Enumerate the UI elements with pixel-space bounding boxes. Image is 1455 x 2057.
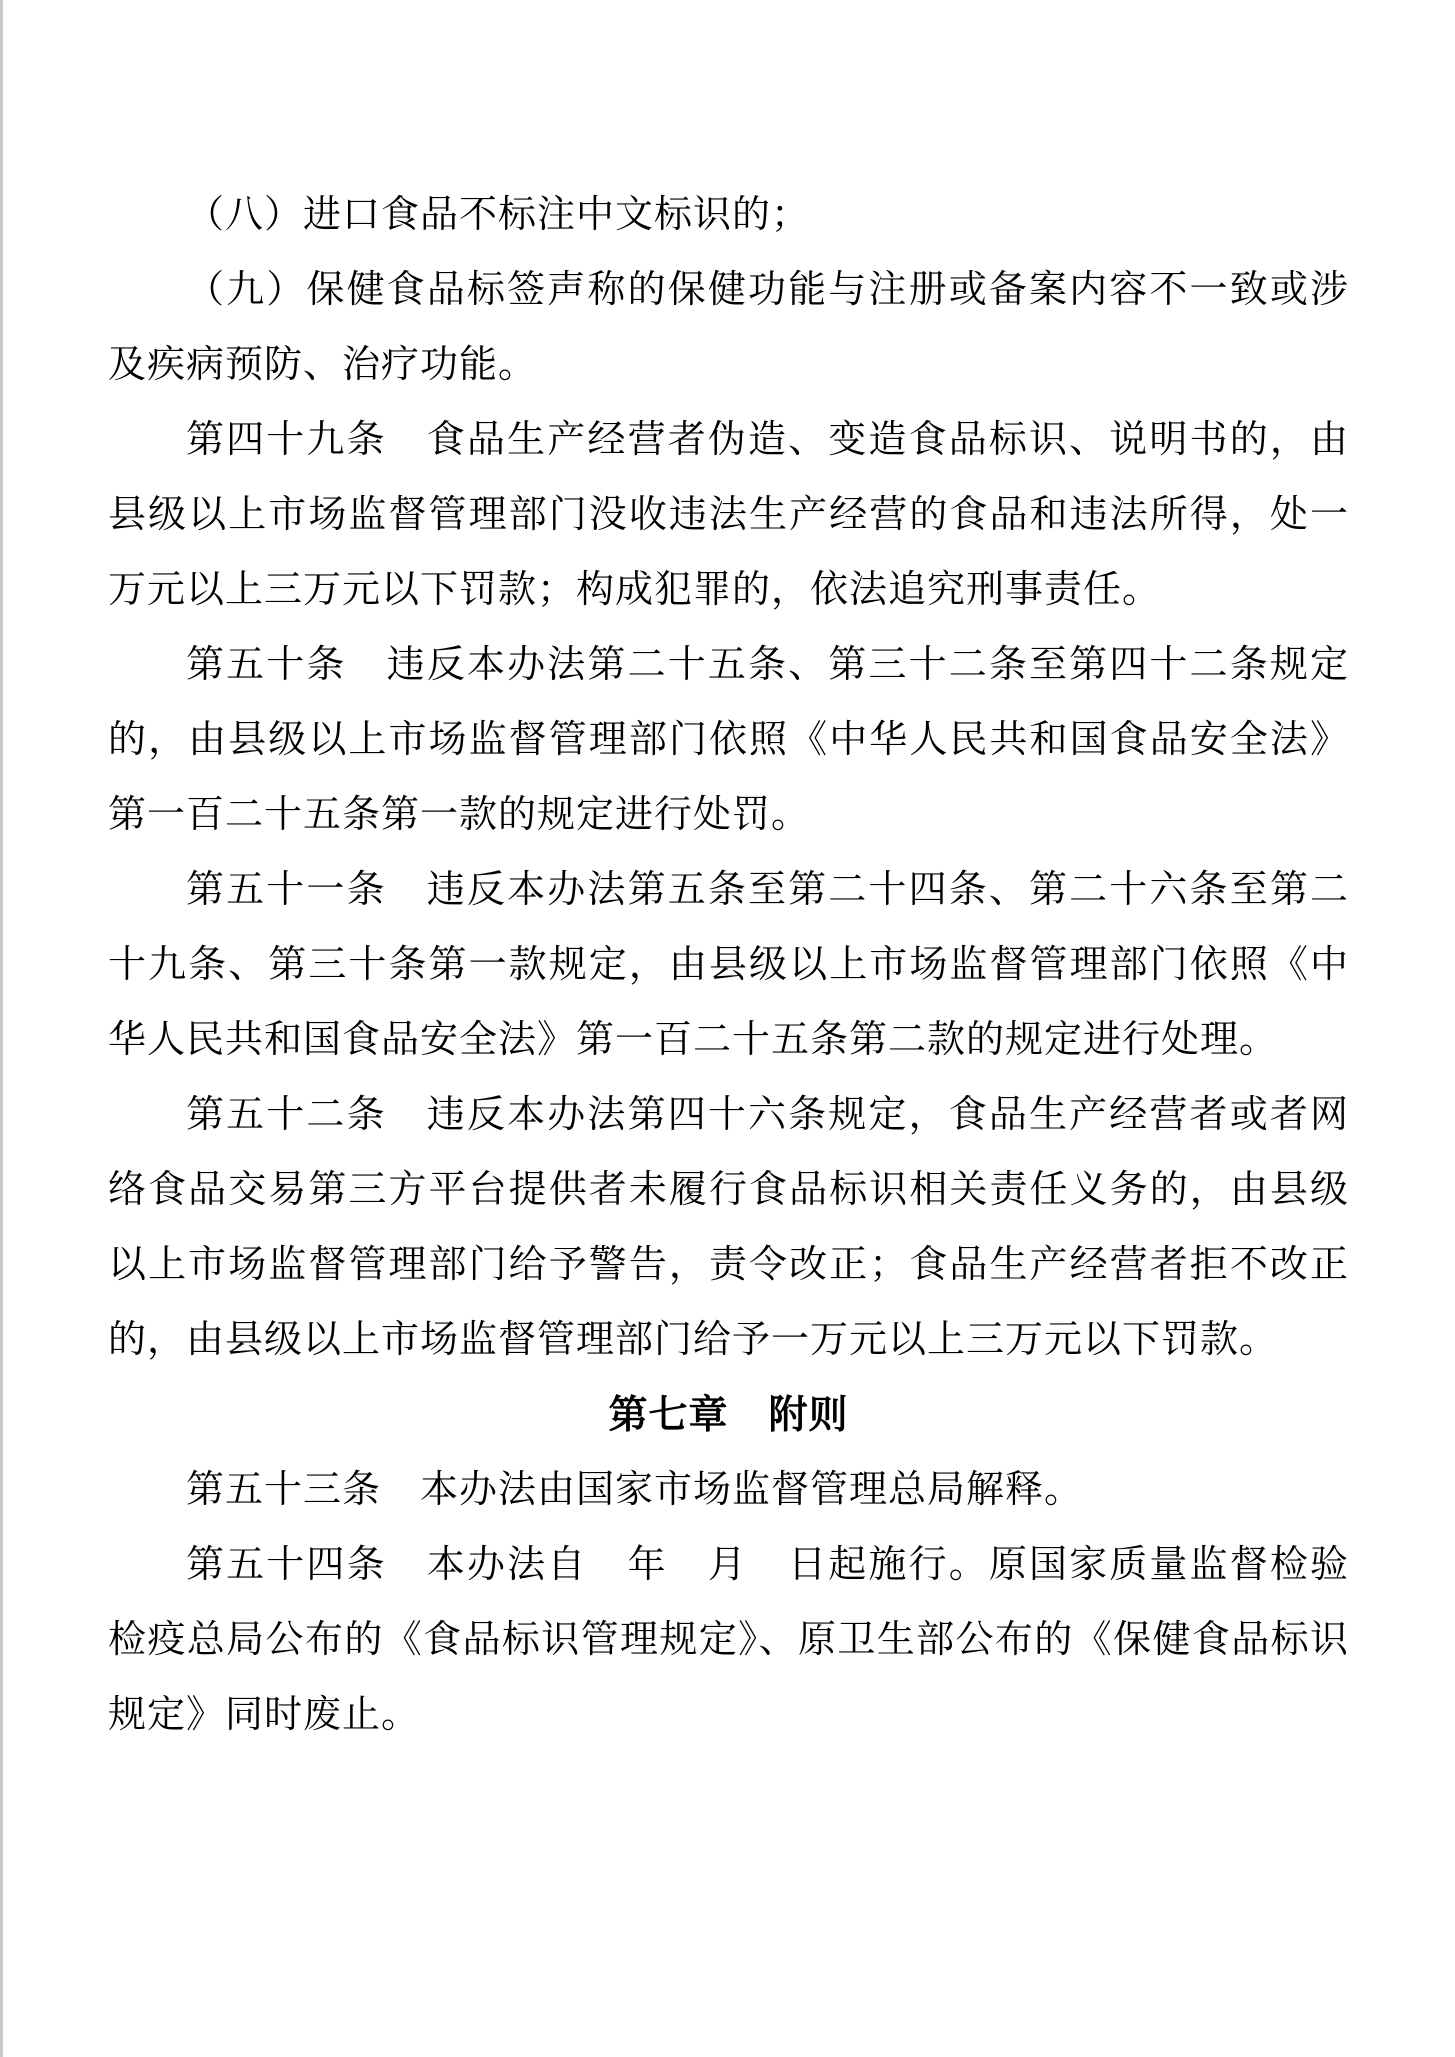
clause-8-paragraph: （八）进口食品不标注中文标识的； — [108, 178, 1349, 253]
page-edge-line — [0, 0, 3, 2057]
article-50-paragraph: 第五十条 违反本办法第二十五条、第三十二条至第四十二条规定的，由县级以上市场监督… — [108, 628, 1349, 853]
article-54-paragraph: 第五十四条 本办法自 年 月 日起施行。原国家质量监督检验检疫总局公布的《食品标… — [108, 1528, 1349, 1753]
document-page: （八）进口食品不标注中文标识的； （九）保健食品标签声称的保健功能与注册或备案内… — [0, 0, 1455, 2057]
clause-9-paragraph: （九）保健食品标签声称的保健功能与注册或备案内容不一致或涉及疾病预防、治疗功能。 — [108, 253, 1349, 403]
article-52-paragraph: 第五十二条 违反本办法第四十六条规定，食品生产经营者或者网络食品交易第三方平台提… — [108, 1078, 1349, 1378]
chapter-7-heading: 第七章 附则 — [108, 1378, 1349, 1453]
article-53-paragraph: 第五十三条 本办法由国家市场监督管理总局解释。 — [108, 1453, 1349, 1528]
article-49-paragraph: 第四十九条 食品生产经营者伪造、变造食品标识、说明书的，由县级以上市场监督管理部… — [108, 403, 1349, 628]
article-51-paragraph: 第五十一条 违反本办法第五条至第二十四条、第二十六条至第二十九条、第三十条第一款… — [108, 853, 1349, 1078]
